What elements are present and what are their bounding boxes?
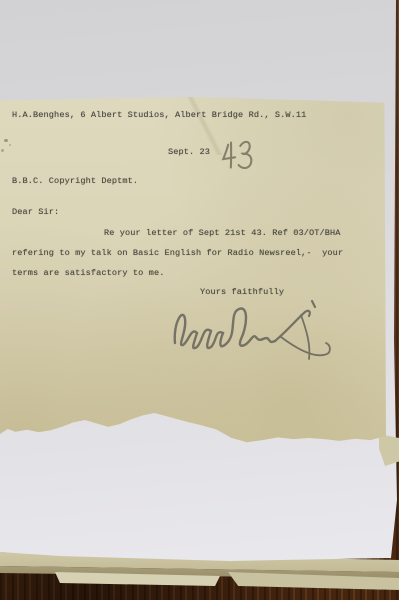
salutation: Dear Sir: — [12, 207, 59, 217]
paper-stain — [1, 149, 4, 152]
paper-stain — [9, 144, 11, 146]
body-line-3: terms are satisfactory to me. — [12, 268, 164, 278]
typed-date: Sept. 23 — [168, 147, 210, 157]
body-line-2: refering to my talk on Basic English for… — [12, 248, 343, 258]
body-line-1: Re your letter of Sept 21st 43. Ref 03/O… — [104, 228, 341, 238]
paper-stain — [4, 139, 8, 142]
photo-stage: H.A.Benghes, 6 Albert Studios, Albert Br… — [0, 0, 399, 600]
sender-address-line: H.A.Benghes, 6 Albert Studios, Albert Br… — [12, 110, 306, 120]
handwritten-year-43 — [218, 137, 260, 176]
recipient-line: B.B.C. Copyright Deptmt. — [12, 176, 138, 186]
letter-paper: H.A.Benghes, 6 Albert Studios, Albert Br… — [0, 97, 386, 445]
handwritten-signature — [163, 293, 343, 369]
